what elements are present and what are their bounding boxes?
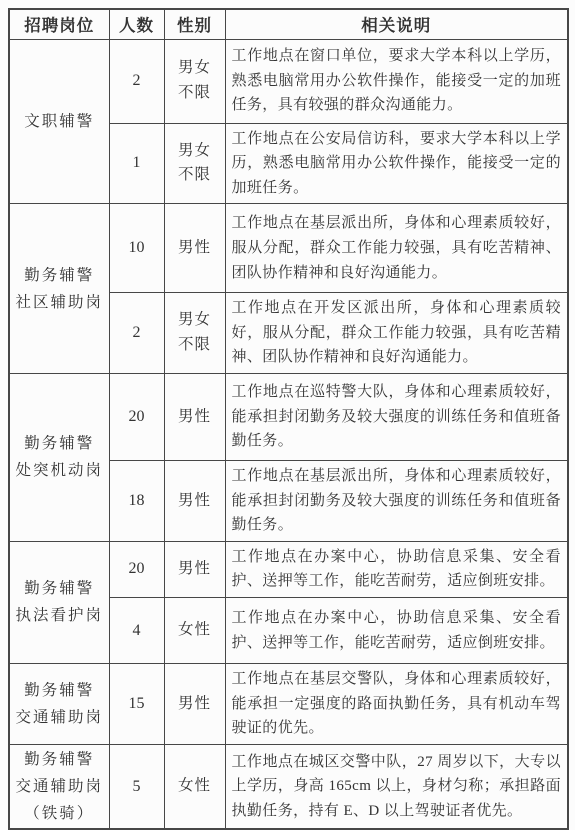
gender-cell: 女性 bbox=[164, 598, 225, 664]
headcount-cell: 2 bbox=[109, 293, 164, 374]
header-description: 相关说明 bbox=[225, 9, 568, 39]
table-row: 文职辅警 2 男女 不限 工作地点在窗口单位，要求大学本科以上学历，熟悉电脑常用… bbox=[9, 39, 568, 123]
gender-cell: 男性 bbox=[164, 374, 225, 461]
headcount-cell: 20 bbox=[109, 374, 164, 461]
header-count: 人数 bbox=[109, 9, 164, 39]
description-cell: 工作地点在公安局信访科，要求大学本科以上学历，熟悉电脑常用办公软件操作，能接受一… bbox=[225, 123, 568, 204]
headcount-cell: 15 bbox=[109, 664, 164, 745]
gender-cell: 男性 bbox=[164, 541, 225, 597]
gender-cell: 男性 bbox=[164, 664, 225, 745]
description-cell: 工作地点在办案中心，协助信息采集、安全看护、送押等工作，能吃苦耐劳，适应倒班安排… bbox=[225, 598, 568, 664]
headcount-cell: 5 bbox=[109, 744, 164, 829]
description-cell: 工作地点在窗口单位，要求大学本科以上学历，熟悉电脑常用办公软件操作，能接受一定的… bbox=[225, 39, 568, 123]
position-cell: 勤务辅警 社区辅助岗 bbox=[9, 204, 109, 374]
description-cell: 工作地点在办案中心，协助信息采集、安全看护、送押等工作，能吃苦耐劳，适应倒班安排… bbox=[225, 541, 568, 597]
position-cell: 文职辅警 bbox=[9, 39, 109, 204]
table-row: 勤务辅警 社区辅助岗 10 男性 工作地点在基层派出所，身体和心理素质较好，服从… bbox=[9, 204, 568, 293]
gender-cell: 男女 不限 bbox=[164, 293, 225, 374]
header-gender: 性别 bbox=[164, 9, 225, 39]
headcount-cell: 4 bbox=[109, 598, 164, 664]
position-cell: 勤务辅警 处突机动岗 bbox=[9, 374, 109, 542]
description-cell: 工作地点在基层派出所，身体和心理素质较好，能承担封闭勤务及较大强度的训练任务和值… bbox=[225, 461, 568, 542]
recruitment-table: 招聘岗位 人数 性别 相关说明 文职辅警 2 男女 不限 工作地点在窗口单位，要… bbox=[8, 8, 569, 830]
header-row: 招聘岗位 人数 性别 相关说明 bbox=[9, 9, 568, 39]
document-page: 招聘岗位 人数 性别 相关说明 文职辅警 2 男女 不限 工作地点在窗口单位，要… bbox=[0, 0, 575, 799]
headcount-cell: 20 bbox=[109, 541, 164, 597]
position-cell: 勤务辅警 执法看护岗 bbox=[9, 541, 109, 663]
table-row: 勤务辅警 交通辅助岗 15 男性 工作地点在基层交警队，身体和心理素质较好，能承… bbox=[9, 664, 568, 745]
headcount-cell: 2 bbox=[109, 39, 164, 123]
description-cell: 工作地点在城区交警中队，27 周岁以下，大专以上学历，身高 165cm 以上，身… bbox=[225, 744, 568, 829]
table-row: 勤务辅警 交通辅助岗 （铁骑） 5 女性 工作地点在城区交警中队，27 周岁以下… bbox=[9, 744, 568, 829]
gender-cell: 女性 bbox=[164, 744, 225, 829]
headcount-cell: 10 bbox=[109, 204, 164, 293]
header-position: 招聘岗位 bbox=[9, 9, 109, 39]
gender-cell: 男性 bbox=[164, 204, 225, 293]
headcount-cell: 18 bbox=[109, 461, 164, 542]
description-cell: 工作地点在巡特警大队，身体和心理素质较好，能承担封闭勤务及较大强度的训练任务和值… bbox=[225, 374, 568, 461]
table-row: 勤务辅警 执法看护岗 20 男性 工作地点在办案中心，协助信息采集、安全看护、送… bbox=[9, 541, 568, 597]
description-cell: 工作地点在基层交警队，身体和心理素质较好，能承担一定强度的路面执勤任务，具有机动… bbox=[225, 664, 568, 745]
position-cell: 勤务辅警 交通辅助岗 （铁骑） bbox=[9, 744, 109, 829]
description-cell: 工作地点在开发区派出所，身体和心理素质较好，服从分配，群众工作能力较强，具有吃苦… bbox=[225, 293, 568, 374]
headcount-cell: 1 bbox=[109, 123, 164, 204]
gender-cell: 男女 不限 bbox=[164, 39, 225, 123]
gender-cell: 男性 bbox=[164, 461, 225, 542]
description-cell: 工作地点在基层派出所，身体和心理素质较好，服从分配，群众工作能力较强，具有吃苦精… bbox=[225, 204, 568, 293]
table-row: 勤务辅警 处突机动岗 20 男性 工作地点在巡特警大队，身体和心理素质较好，能承… bbox=[9, 374, 568, 461]
gender-cell: 男女 不限 bbox=[164, 123, 225, 204]
position-cell: 勤务辅警 交通辅助岗 bbox=[9, 664, 109, 745]
